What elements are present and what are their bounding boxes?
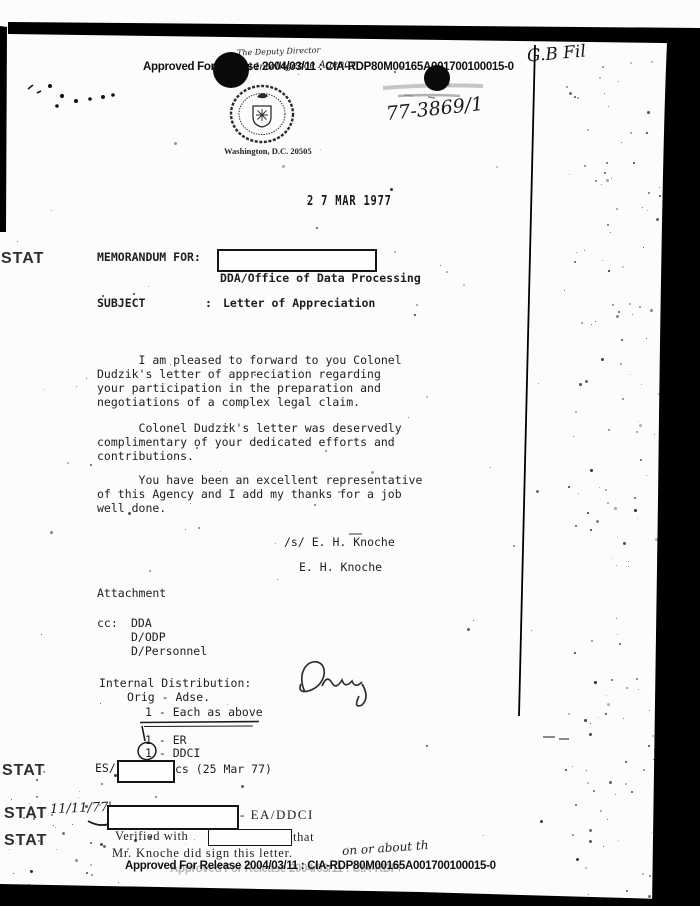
fold-line-ticks <box>543 737 569 739</box>
distribution-item: 1 - Each as above <box>145 705 263 719</box>
subject-label: SUBJECT <box>97 296 145 310</box>
signature-scribble-icon <box>300 662 366 706</box>
redaction-box-verified <box>208 829 292 846</box>
recipient-office: DDA/Office of Data Processing <box>220 271 421 285</box>
body-paragraph-1: I am pleased to forward to you Colonel D… <box>97 354 402 410</box>
body-paragraph-2: Colonel Dudzik's letter was deservedly c… <box>97 422 402 464</box>
verified-prefix: Verified with <box>115 829 188 844</box>
cc-label: cc: <box>97 616 118 630</box>
signature-slash-line: /s/ E. H. Knoche <box>284 535 395 549</box>
attachment-label: Attachment <box>97 586 166 600</box>
handwritten-sign-note: on or about th <box>342 838 429 858</box>
handwritten-date-note: 11/11/77' <box>50 800 112 817</box>
hole-punch-icon <box>213 52 249 88</box>
scanned-document-page: The Deputy Director Central Intelligence… <box>0 0 700 906</box>
stat-label-1: STAT <box>1 250 44 268</box>
ea-ddci-label: - EA/DDCI <box>240 807 314 823</box>
ink-specks-icon <box>28 85 114 107</box>
subject-colon: : <box>205 296 212 310</box>
redaction-box-name <box>107 805 239 830</box>
redaction-box-recipient <box>217 249 377 272</box>
hole-punch-icon <box>424 65 450 91</box>
knoche-sign-statement: Mr. Knoche did sign this letter. <box>112 846 293 861</box>
memorandum-for-label: MEMORANDUM FOR: <box>97 250 201 264</box>
case-number-handwritten: 77-3869/1 <box>385 93 484 125</box>
distribution-item: 1 - DDCI <box>145 746 200 760</box>
signature-typed-name: E. H. Knoche <box>299 560 382 574</box>
cc-item: DDA <box>131 616 152 630</box>
letterhead-address: Washington, D.C. 20505 <box>224 146 312 156</box>
stat-label-4: STAT <box>4 832 47 850</box>
cc-item: D/ODP <box>131 630 166 644</box>
body-paragraph-3: You have been an excellent representativ… <box>97 474 422 516</box>
letterhead-title: The Deputy Director <box>237 46 321 58</box>
top-release-stamp: Approved For Release 2004/03/11 : CIA-RD… <box>143 61 514 73</box>
cia-seal-icon <box>231 86 293 142</box>
distribution-item: Orig - Adse. <box>127 690 210 704</box>
subject-value: Letter of Appreciation <box>223 296 375 310</box>
bottom-release-stamp: Approved For Release 2004/03/11 : CIA-RD… <box>125 860 496 872</box>
cc-item: D/Personnel <box>131 644 207 658</box>
es-suffix: cs (25 Mar 77) <box>175 762 272 776</box>
vertical-fold-line <box>519 45 535 716</box>
file-note-handwritten: G.B Fil <box>526 41 586 66</box>
verified-suffix: that <box>293 830 314 845</box>
distribution-item: 1 - ER <box>145 733 187 747</box>
stat-label-2: STAT <box>2 762 45 780</box>
redaction-box-es <box>117 760 175 783</box>
date-stamp: 2 7 MAR 1977 <box>307 194 392 209</box>
distribution-title: Internal Distribution: <box>99 676 251 690</box>
stat-label-3: STAT <box>4 805 47 823</box>
es-prefix: ES/ <box>95 761 116 775</box>
